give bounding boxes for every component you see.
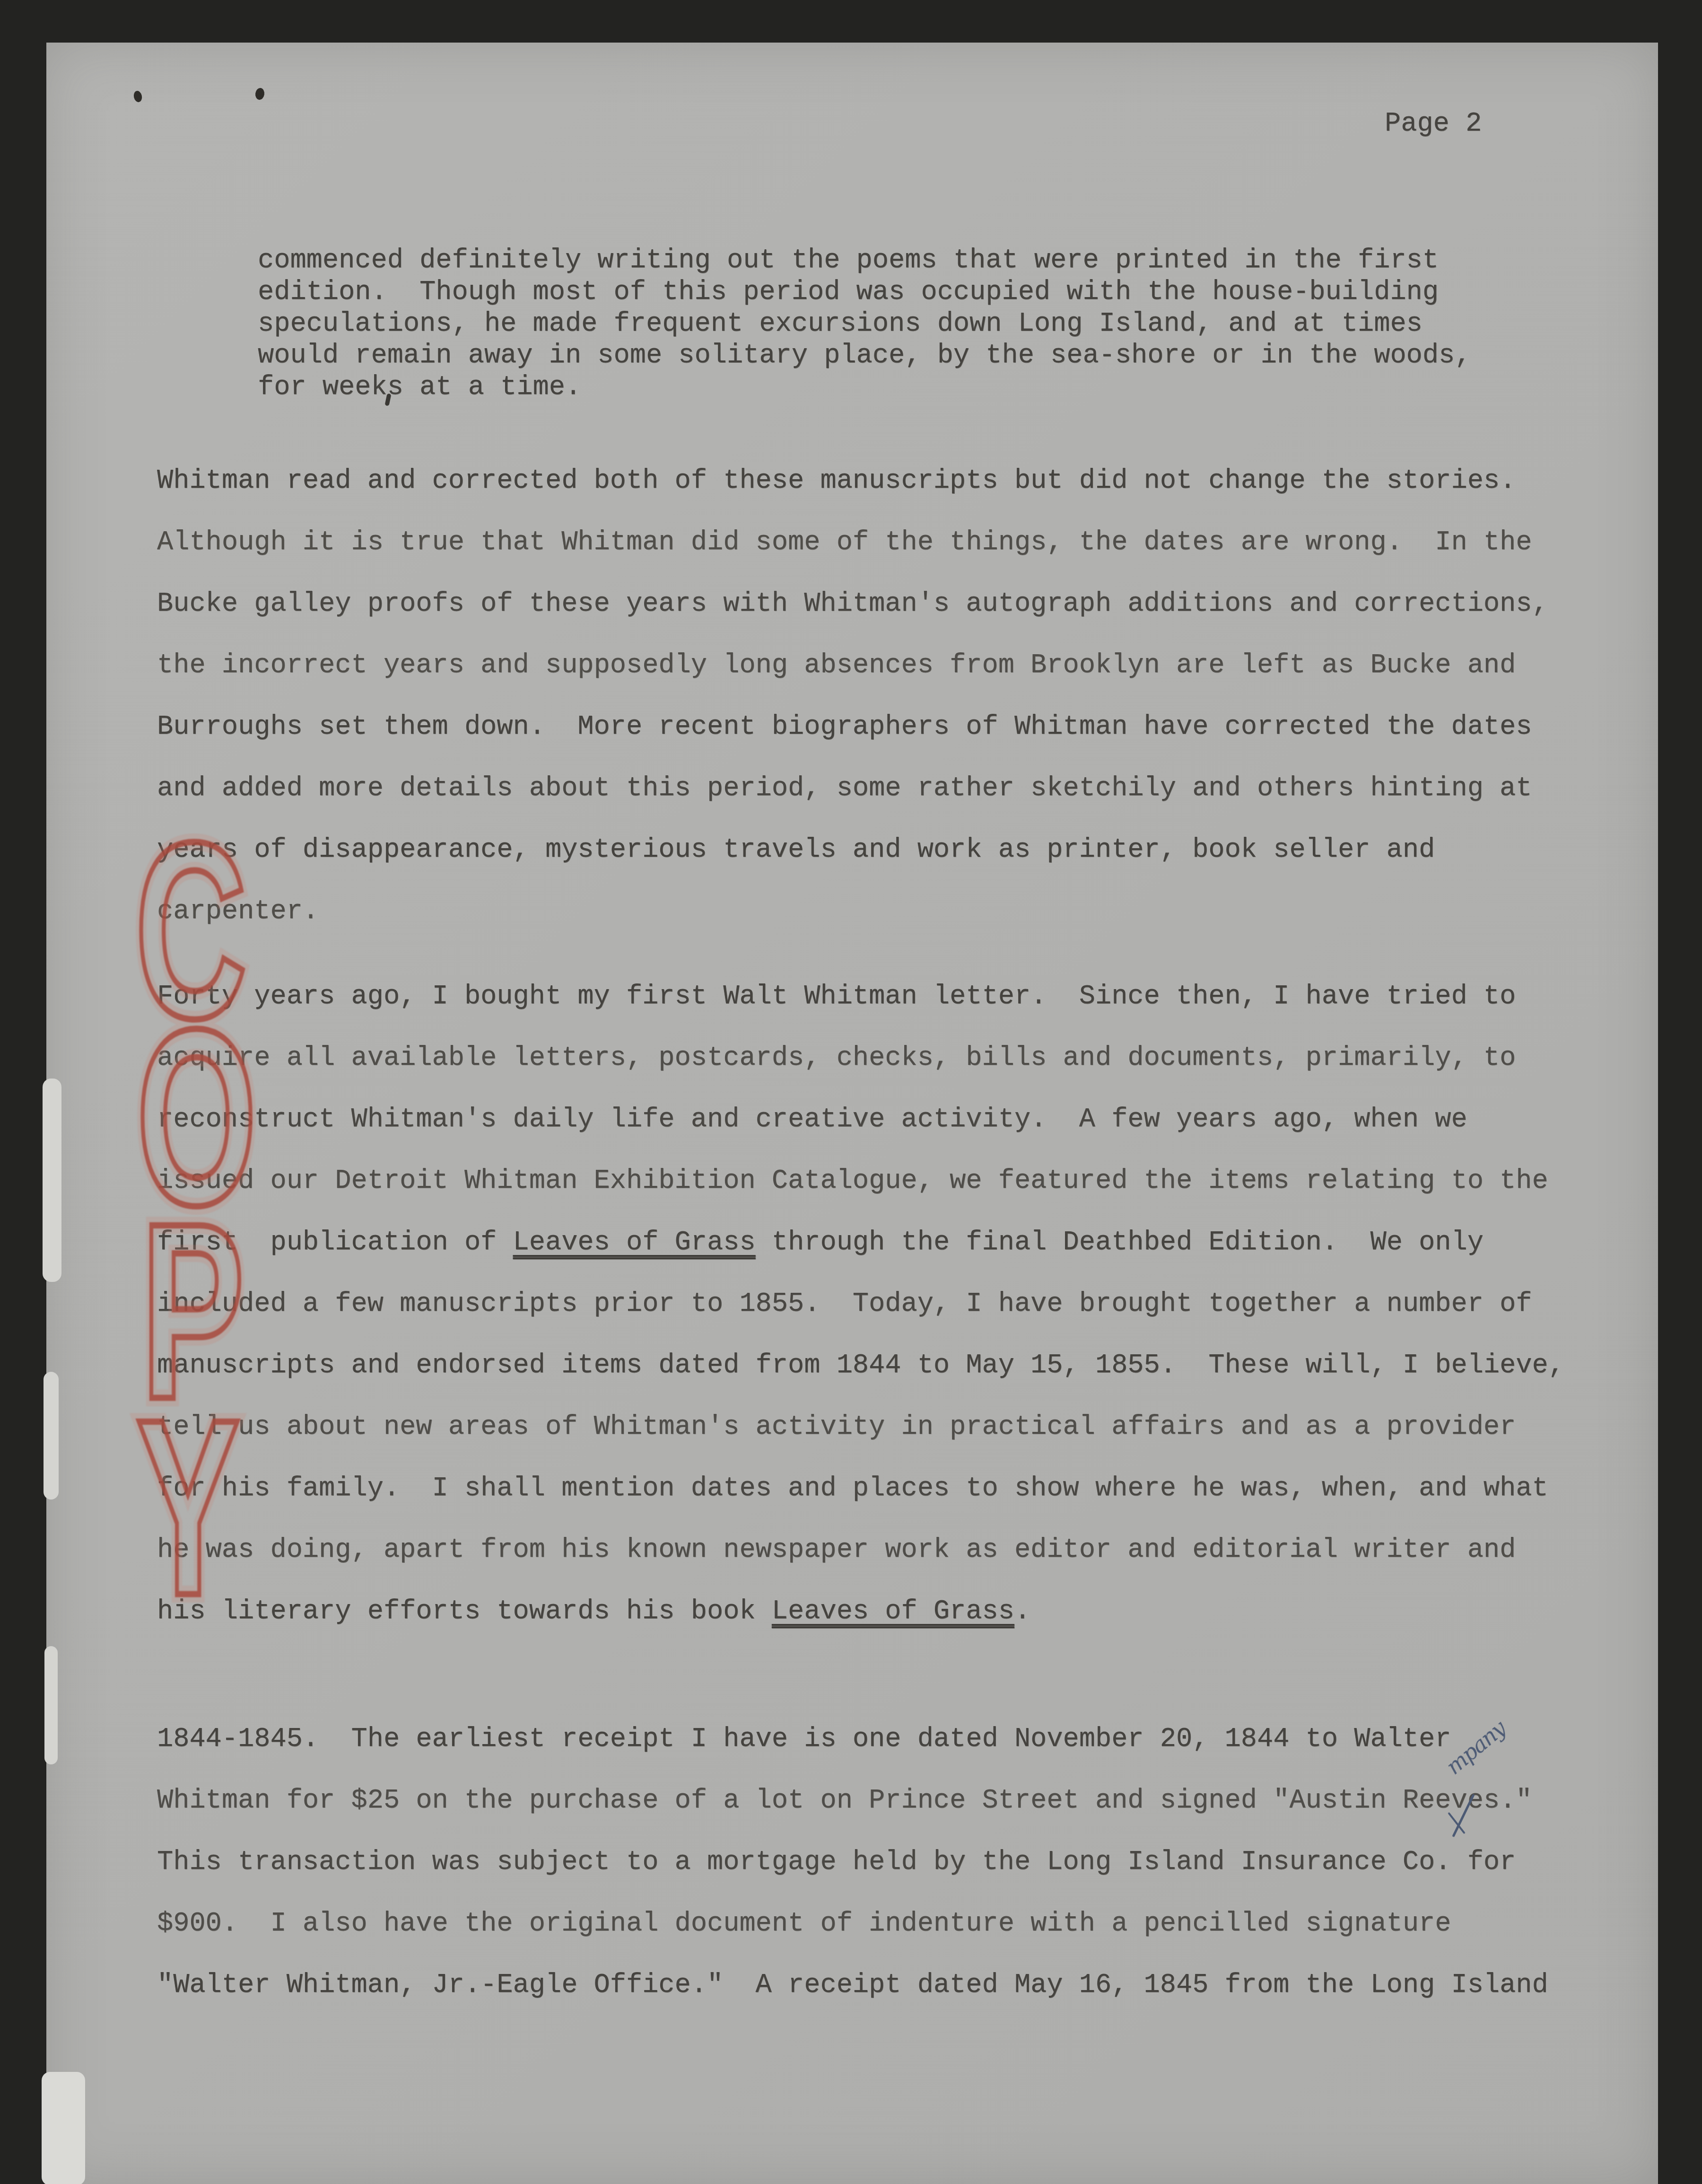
text-line: speculations, he made frequent excursion… [258, 308, 1471, 340]
copy-stamp: C O P Y C O P Y [109, 757, 279, 1627]
text-segment: . [1014, 1596, 1030, 1627]
text-segment: for [1451, 1847, 1516, 1877]
text-line: included a few manuscripts prior to 1855… [157, 1273, 1564, 1335]
text-line: Although it is true that Whitman did som… [157, 512, 1548, 573]
text-line-with-insertion: This transaction was subject to a mortga… [157, 1832, 1548, 1893]
text-line: commenced definitely writing out the poe… [258, 245, 1471, 277]
page-number: Page 2 [1385, 109, 1482, 139]
paragraph-1: Whitman read and corrected both of these… [157, 450, 1548, 942]
text-line: and added more details about this period… [157, 758, 1548, 819]
paragraph-3: 1844-1845. The earliest receipt I have i… [157, 1709, 1548, 2016]
text-line: tell us about new areas of Whitman's act… [157, 1396, 1564, 1458]
text-line: Whitman for $25 on the purchase of a lot… [157, 1770, 1548, 1832]
text-line: he was doing, apart from his known newsp… [157, 1519, 1564, 1581]
block-quote: commenced definitely writing out the poe… [258, 245, 1471, 403]
text-line: edition. Though most of this period was … [258, 277, 1471, 308]
text-line: Whitman read and corrected both of these… [157, 450, 1548, 512]
text-segment: This transaction was subject to a mortga… [157, 1847, 1451, 1877]
document-page: Page 2 commenced definitely writing out … [46, 43, 1658, 2184]
paragraph-2: Forty years ago, I bought my first Walt … [157, 966, 1564, 1642]
text-line: "Walter Whitman, Jr.-Eagle Office." A re… [157, 1955, 1548, 2016]
text-line: Burroughs set them down. More recent bio… [157, 696, 1548, 758]
text-segment: through the final Deathbed Edition. We o… [756, 1228, 1484, 1258]
text-line: Forty years ago, I bought my first Walt … [157, 966, 1564, 1027]
text-line: $900. I also have the original document … [157, 1893, 1548, 1955]
text-line: 1844-1845. The earliest receipt I have i… [157, 1709, 1548, 1770]
text-line: carpenter. [157, 881, 1548, 942]
torn-edge [43, 1079, 61, 1282]
typewritten-content: Page 2 commenced definitely writing out … [46, 43, 1658, 2184]
torn-edge [44, 1372, 59, 1500]
text-line-with-title: his literary efforts towards his book Le… [157, 1581, 1564, 1642]
book-title-underlined: Leaves of Grass [772, 1596, 1014, 1627]
text-line: the incorrect years and supposedly long … [157, 635, 1548, 696]
text-line: Bucke galley proofs of these years with … [157, 573, 1548, 635]
stamp-letter-Y: Y [136, 1368, 240, 1627]
text-line: years of disappearance, mysterious trave… [157, 819, 1548, 881]
text-line: reconstruct Whitman's daily life and cre… [157, 1089, 1564, 1150]
book-title-underlined: Leaves of Grass [513, 1228, 756, 1258]
text-line: acquire all available letters, postcards… [157, 1027, 1564, 1089]
text-line: for his family. I shall mention dates an… [157, 1458, 1564, 1519]
text-line: for weeks at a time. [258, 372, 1471, 403]
torn-edge [42, 2072, 85, 2184]
text-line-with-title: first publication of Leaves of Grass thr… [157, 1212, 1564, 1273]
text-line: issued our Detroit Whitman Exhibition Ca… [157, 1150, 1564, 1212]
text-line: manuscripts and endorsed items dated fro… [157, 1335, 1564, 1396]
text-line: would remain away in some solitary place… [258, 340, 1471, 372]
torn-edge [44, 1646, 58, 1764]
